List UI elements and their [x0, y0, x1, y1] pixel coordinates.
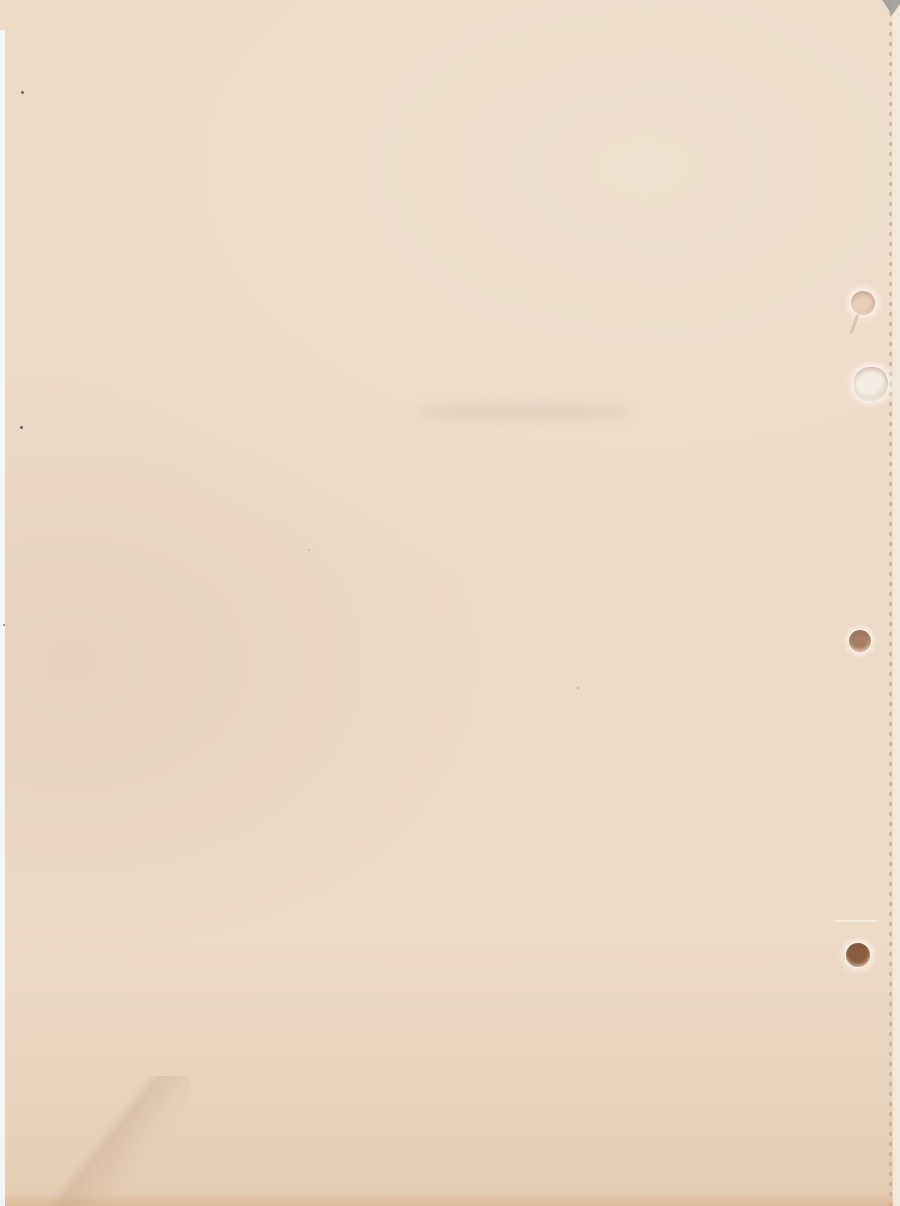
paper-speck: [20, 426, 23, 429]
scanned-page: [0, 0, 900, 1206]
punch-hole-4: [846, 943, 870, 967]
perforation-stitch-line: [889, 12, 892, 1206]
scratch-mark: [835, 920, 877, 922]
paper-speck: [21, 91, 24, 94]
bottom-left-crease: [0, 1076, 190, 1206]
punch-hole-3: [849, 630, 871, 652]
paper-surface: [0, 0, 893, 1206]
punch-hole-1: [851, 291, 875, 315]
paper-speck: [308, 549, 310, 551]
paper-speck: [3, 624, 5, 626]
smudge-mark: [415, 404, 630, 420]
bottom-edge-shading: [0, 1192, 893, 1206]
paper-speck: [577, 687, 579, 689]
